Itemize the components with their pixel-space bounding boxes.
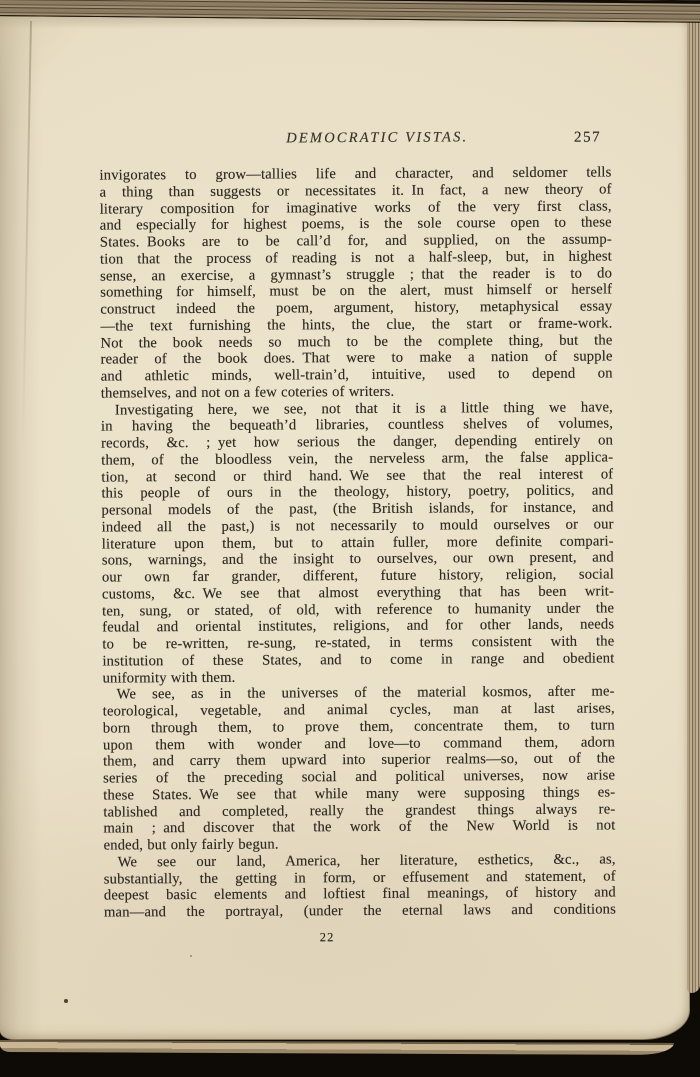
text-line: institution of these States, and to come… (102, 650, 614, 670)
signature-mark: 22 (71, 929, 583, 947)
book-scan: DEMOCRATIC VISTAS. 257 invigorates to gr… (0, 0, 700, 1077)
page-corner-fold (0, 13, 90, 113)
text-line: and athletic minds, well-train’d, intuit… (101, 365, 613, 385)
page-crease (22, 21, 32, 451)
running-header-row: DEMOCRATIC VISTAS. 257 (99, 128, 611, 153)
text-line: man—and the portrayal, (under the eterna… (104, 901, 616, 921)
text-block: DEMOCRATIC VISTAS. 257 invigorates to gr… (98, 0, 616, 1012)
page-stack-edge-bottom (0, 1040, 674, 1055)
page-speck (64, 999, 68, 1003)
page-number: 257 (574, 130, 601, 147)
page-body: invigorates to grow—tallies life and cha… (99, 164, 616, 921)
page-stack-edge-right (687, 18, 700, 993)
running-header: DEMOCRATIC VISTAS. (286, 129, 468, 147)
text-line: main ; and discover that the work of the… (103, 818, 615, 838)
